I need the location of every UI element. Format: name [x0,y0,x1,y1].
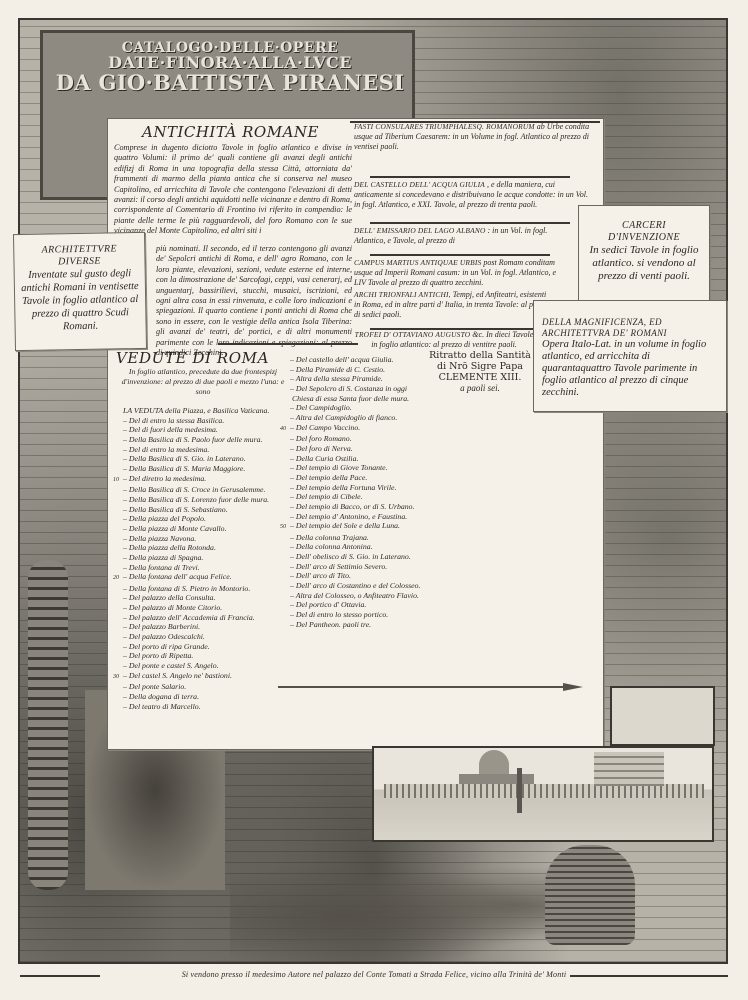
divider-rule [370,176,570,178]
dome-shape [479,750,509,776]
magnificenza-title-1: DELLA MAGNIFICENZA, ED [534,317,726,328]
veduta-title: – Del tempio d' Antonino, e Faustina. [290,512,407,521]
veduta-title: – Del castello dell' acqua Giulia. [290,355,393,364]
veduta-title: – Della piazza del Popolo. [123,514,206,523]
veduta-title: – Del palazzo di Monte Citorio. [123,603,222,612]
ritratto-clemente-entry: Ritratto della Santità di Nrō Sigre Papa… [425,350,535,400]
veduta-list-item: 20– Della fontana dell' acqua Felice. [113,572,283,584]
veduta-title: – Del tempio di Cibele. [290,492,363,501]
veduta-title: – Del diretro la medesima. [123,474,206,483]
veduta-list-item: – Della dogana di terra. [113,692,283,702]
veduta-title: – Della fontana di S. Pietro in Montorio… [123,584,250,593]
veduta-title: – Della Basilica di S. Lorenzo fuor dell… [123,495,269,504]
veduta-title: – Della piazza Navona. [123,534,196,543]
veduta-list-item: – Del tempio di Giove Tonante. [280,463,460,473]
veduta-title: – Del teatro di Marcello. [123,702,201,711]
veduta-list-item: – Della Curia Ostilia. [280,454,460,464]
veduta-list-item: – Del foro Romano. [280,434,460,444]
veduta-title: – Della dogana di terra. [123,692,199,701]
divider-rule [370,254,550,256]
veduta-title: – Della fontana di Trevi. [123,563,200,572]
veduta-list-item: – Della Basilica di S. Sebastiano. [113,505,283,515]
veduta-list-item: – Della Basilica di S. Croce in Gerusale… [113,485,283,495]
veduta-title: – Della piazza di Spagna. [123,553,203,562]
veduta-list-item: – Della piazza del Popolo. [113,514,283,524]
vedute-intro-text: In foglio atlantico, precedute da due fr… [118,367,288,396]
framed-picture-illustration [610,686,715,746]
catalogue-title: CATALOGO·DELLE·OPERE DATE·FINORA·ALLA·LV… [55,41,405,93]
entry-castello-acqua-giulia: DEL CASTELLO DELL' ACQUA GIULIA , e dell… [354,180,594,211]
entry-emissario-lago-albano: DELL' EMISSARIO DEL LAGO ALBANO : in un … [354,226,559,246]
veduta-list-item: – Del palazzo Barberini. [113,622,283,632]
veduta-list-item: 30– Del castel S. Angelo ne' bastioni. [113,671,283,683]
plate-number: 10 [113,476,123,486]
veduta-title: – Altra del Colosseo, o Anfiteatro Flavi… [290,591,419,600]
antichita-romane-title: ANTICHITÀ ROMANE [108,123,353,141]
veduta-list-item: – Del teatro di Marcello. [113,702,283,712]
veduta-list-item: – Della Basilica di S. Gio. in Laterano. [113,454,283,464]
veduta-title: – Altra della stessa Piramide. [290,374,383,383]
veduta-list-item: – Del tempio d' Antonino, e Faustina. [280,512,460,522]
veduta-title: Chiesa di essa Santa fuor delle mura. [290,394,409,403]
veduta-list-item: – Della piazza Navona. [113,534,283,544]
entry-heading: FASTI CONSULARES TRIUMPHALESQ. ROMANORUM [354,122,535,131]
veduta-title: – Del tempio della Pace. [290,473,367,482]
veduta-title: – Del di fuori della medesima. [123,425,218,434]
plate-number: 50 [280,523,290,533]
veduta-list-item: – Del palazzo dell' Accademia di Francia… [113,613,283,623]
veduta-list-item: – Della Basilica di S. Paolo fuor delle … [113,435,283,445]
entry-heading: TROFEI D' OTTAVIANO AUGUSTO [355,330,471,339]
plate-number: 40 [280,425,290,435]
veduta-list-item: – Del porto di Ripetta. [113,651,283,661]
ritratto-line-1: Ritratto della Santità [425,350,535,361]
carceri-invenzione-sheet: CARCERI D'INVENZIONE In sedici Tavole in… [578,205,710,302]
veduta-title: – Altra del Campidoglio di fianco. [290,413,397,422]
veduta-list-item: – Del tempio della Fortuna Virile. [280,483,460,493]
veduta-list-item: – Dell' obelisco di S. Gio. in Laterano. [280,552,460,562]
veduta-list-item: – Dell' arco di Costantino e del Colosse… [280,581,460,591]
veduta-list-item: – Del di entro la stessa Basilica. [113,416,283,426]
plate-number: 20 [113,574,123,584]
ritratto-text: Ritratto della Santità di Nrō Sigre Papa… [425,350,535,394]
architetture-diverse-sheet: ARCHITETTVRE DIVERSE Inventate sul gusto… [13,232,147,351]
ritratto-line-2: di Nrō Sigre Papa [425,361,535,372]
vedute-list-column-1: LA VEDUTA della Piazza, e Basilica Vatic… [113,406,283,711]
veduta-list-item: 40– Del Campo Vaccino. [280,423,460,435]
title-line-3: DA GIO·BATTISTA PIRANESI [55,72,405,93]
entry-heading: DEL CASTELLO DELL' ACQUA GIULIA [354,180,485,189]
veduta-title: – Del di entro lo stesso portico. [290,610,388,619]
veduta-title: – Della Basilica di S. Croce in Gerusale… [123,485,265,494]
veduta-title: – Del tempio del Sole e della Luna. [290,521,400,530]
veduta-title: – Della piazza di Monte Cavallo. [123,524,227,533]
veduta-list-item: – Del palazzo di Monte Citorio. [113,603,283,613]
divider-rule [370,222,570,224]
veduta-list-item: – Della piazza di Monte Cavallo. [113,524,283,534]
veduta-title: – Della Curia Ostilia. [290,454,358,463]
veduta-list-item: – Del palazzo Odescalchi. [113,632,283,642]
veduta-title: – Del Pantheon. paoli tre. [290,620,371,629]
vedute-di-roma-title: VEDUTE DI ROMA [116,349,269,367]
entry-heading: ARCHI TRIONFALI ANTICHI, [354,290,451,299]
veduta-list-item: 50– Del tempio del Sole e della Luna. [280,521,460,533]
divider-rule [218,343,358,345]
veduta-title: – Della colonna Antonina. [290,542,373,551]
veduta-title: – Del palazzo Barberini. [123,622,200,631]
veduta-list-item: – Del di entro lo stesso portico. [280,610,460,620]
veduta-title: – Del ponte e castel S. Angelo. [123,661,219,670]
ritratto-line-4: a paoli sei. [425,383,535,394]
veduta-list-item: – Del portico d' Ottavia. [280,600,460,610]
carceri-title-1: CARCERI [579,220,709,232]
candelabrum-column-illustration [28,560,68,890]
spear-divider-icon [278,686,563,688]
veduta-list-item: – Del palazzo della Consulta. [113,593,283,603]
veduta-list-item: – Della piazza della Rotonda. [113,543,283,553]
veduta-list-item: – Del tempio di Bacco, or di S. Urbano. [280,502,460,512]
veduta-list-item: – Della piazza di Spagna. [113,553,283,563]
veduta-title: – Della Basilica di S. Sebastiano. [123,505,228,514]
veduta-list-item: – Del foro di Nerva. [280,444,460,454]
veduta-list-item: – Della Basilica di S. Maria Maggiore. [113,464,283,474]
carceri-title-2: D'INVENZIONE [579,232,709,244]
colonnade-shape [384,784,704,798]
veduta-list-item: – Della colonna Antonina. [280,542,460,552]
magnificenza-title-2: ARCHITETTVRA DE' ROMANI [534,328,726,339]
piazza-san-pietro-view-illustration [372,746,714,842]
entry-heading: CAMPUS MARTIUS ANTIQUAE URBIS [354,258,481,267]
veduta-title: – Del di entro la medesima. [123,445,209,454]
veduta-title: – Del ponte Salario. [123,682,186,691]
veduta-title: – Del Sepolcro di S. Costanza in oggi [290,384,407,393]
veduta-title: – Del Campo Vaccino. [290,423,360,432]
carceri-text: In sedici Tavole in foglio atlantico. si… [579,244,709,283]
veduta-title: – Del palazzo dell' Accademia di Francia… [123,613,255,622]
entry-heading: DELL' EMISSARIO DEL LAGO ALBANO [354,226,486,235]
veduta-title: – Del porto di ripa Grande. [123,642,210,651]
obelisk-shape [517,768,522,813]
veduta-list-item: – Del tempio di Cibele. [280,492,460,502]
veduta-list-item: – Del di fuori della medesima. [113,425,283,435]
veduta-list-item: – Altra del Campidoglio di fianco. [280,413,460,423]
entry-archi-trionfali: ARCHI TRIONFALI ANTICHI, Tempj, ed Anfit… [354,290,554,321]
veduta-title: – Della fontana dell' acqua Felice. [123,572,232,581]
veduta-title: – Del foro Romano. [290,434,352,443]
veduta-title: – Della Piramide di C. Cestio. [290,365,385,374]
entry-campus-martius: CAMPUS MARTIUS ANTIQUAE URBIS post Romam… [354,258,559,289]
veduta-list-item: – Del di entro la medesima. [113,445,283,455]
veduta-list-item: – Del Pantheon. paoli tre. [280,620,460,630]
veduta-list-item: – Della fontana di S. Pietro in Montorio… [113,584,283,594]
antichita-romane-text: Comprese in dugento diciotto Tavole in f… [114,143,352,237]
entry-trofei-ottaviano: TROFEI D' OTTAVIANO AUGUSTO &c. In dieci… [354,330,534,350]
antichita-romane-text-continued: più nominati. Il secondo, ed il terzo co… [156,244,352,358]
plate-number: 30 [113,673,123,683]
veduta-title: – Dell' arco di Costantino e del Colosse… [290,581,420,590]
veduta-list-item: 10– Del diretro la medesima. [113,474,283,486]
veduta-list-item: – Dell' arco di Settimio Severo. [280,562,460,572]
entry-fasti-consulares: FASTI CONSULARES TRIUMPHALESQ. ROMANORUM… [354,122,594,153]
veduta-list-item: – Del Campidoglio. [280,403,460,413]
veduta-title: – Del porto di Ripetta. [123,651,193,660]
veduta-title: – Dell' obelisco di S. Gio. in Laterano. [290,552,411,561]
veduta-title: – Del tempio della Fortuna Virile. [290,483,396,492]
veduta-title: – Della Basilica di S. Maria Maggiore. [123,464,245,473]
veduta-title: – Del di entro la stessa Basilica. [123,416,224,425]
veduta-title: – Della Basilica di S. Paolo fuor delle … [123,435,262,444]
urn-illustration [545,845,635,945]
veduta-title: – Della colonna Trajana. [290,533,369,542]
publisher-imprint: Si vendono presso il medesimo Autore nel… [0,970,748,979]
veduta-title: – Del portico d' Ottavia. [290,600,366,609]
veduta-title: – Del tempio di Bacco, or di S. Urbano. [290,502,415,511]
veduta-title: LA VEDUTA della Piazza, e Basilica Vatic… [123,406,269,415]
veduta-title: – Dell' arco di Tito. [290,571,351,580]
veduta-title: – Del Campidoglio. [290,403,352,412]
veduta-title: – Del palazzo Odescalchi. [123,632,205,641]
veduta-list-item: LA VEDUTA della Piazza, e Basilica Vatic… [113,406,283,416]
veduta-title: – Del castel S. Angelo ne' bastioni. [123,671,232,680]
ritratto-line-3: CLEMENTE XIII. [425,372,535,383]
magnificenza-sheet: DELLA MAGNIFICENZA, ED ARCHITETTVRA DE' … [533,300,727,412]
veduta-list-item: – Del ponte Salario. [113,682,283,692]
veduta-title: – Del foro di Nerva. [290,444,353,453]
veduta-title: – Dell' arco di Settimio Severo. [290,562,387,571]
veduta-title: – Della piazza della Rotonda. [123,543,216,552]
magnificenza-text: Opera Italo-Lat. in un volume in foglio … [534,339,726,399]
veduta-list-item: – Della colonna Trajana. [280,533,460,543]
veduta-list-item: – Del porto di ripa Grande. [113,642,283,652]
veduta-list-item: – Del ponte e castel S. Angelo. [113,661,283,671]
veduta-list-item: – Dell' arco di Tito. [280,571,460,581]
veduta-list-item: – Altra del Colosseo, o Anfiteatro Flavi… [280,591,460,601]
veduta-list-item: – Della Basilica di S. Lorenzo fuor dell… [113,495,283,505]
veduta-title: – Della Basilica di S. Gio. in Laterano. [123,454,246,463]
veduta-title: – Del tempio di Giove Tonante. [290,463,388,472]
veduta-list-item: – Della fontana di Trevi. [113,563,283,573]
veduta-list-item: – Del tempio della Pace. [280,473,460,483]
architetture-text: Inventate sul gusto degli antichi Romani… [15,267,146,334]
imprint-text: Si vendono presso il medesimo Autore nel… [178,970,571,979]
veduta-title: – Del palazzo della Consulta. [123,593,215,602]
palace-shape [594,752,664,786]
